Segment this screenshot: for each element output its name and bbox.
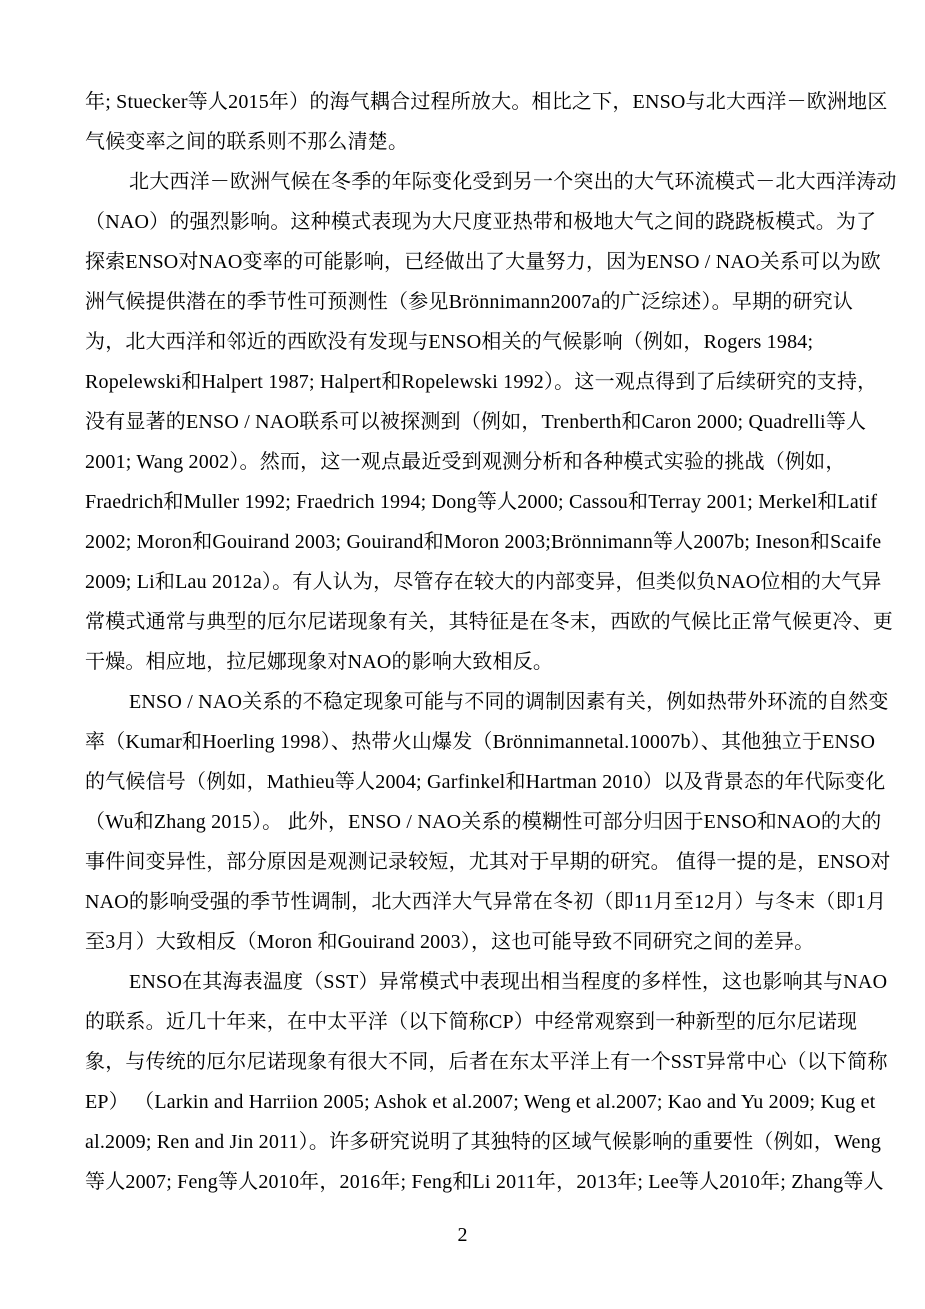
text-line: Ropelewski和Halpert 1987; Halpert和Ropelew…	[85, 362, 885, 402]
text-line: 等人2007; Feng等人2010年，2016年; Feng和Li 2011年…	[85, 1162, 885, 1202]
body-text: 年; Stuecker等人2015年）的海气耦合过程所放大。相比之下，ENSO与…	[85, 82, 885, 1202]
text-line: 年; Stuecker等人2015年）的海气耦合过程所放大。相比之下，ENSO与…	[85, 82, 885, 122]
text-line: NAO的影响受强的季节性调制，北大西洋大气异常在冬初（即11月至12月）与冬末（…	[85, 882, 885, 922]
text-line: 象，与传统的厄尔尼诺现象有很大不同，后者在东太平洋上有一个SST异常中心（以下简…	[85, 1042, 885, 1082]
text-line: 至3月）大致相反（Moron 和Gouirand 2003），这也可能导致不同研…	[85, 922, 885, 962]
text-line: 气候变率之间的联系则不那么清楚。	[85, 122, 885, 162]
text-line: 的气候信号（例如，Mathieu等人2004; Garfinkel和Hartma…	[85, 762, 885, 802]
text-line: 2001; Wang 2002）。然而，这一观点最近受到观测分析和各种模式实验的…	[85, 442, 885, 482]
document-page: 年; Stuecker等人2015年）的海气耦合过程所放大。相比之下，ENSO与…	[0, 0, 925, 1309]
text-line: 2009; Li和Lau 2012a）。有人认为，尽管存在较大的内部变异，但类似…	[85, 562, 885, 602]
text-line: （Wu和Zhang 2015）。 此外，ENSO / NAO关系的模糊性可部分归…	[85, 802, 885, 842]
text-line: （NAO）的强烈影响。这种模式表现为大尺度亚热带和极地大气之间的跷跷板模式。为了	[85, 202, 885, 242]
text-line: 洲气候提供潜在的季节性可预测性（参见Brönnimann2007a的广泛综述）。…	[85, 282, 885, 322]
text-line: 事件间变异性，部分原因是观测记录较短，尤其对于早期的研究。 值得一提的是，ENS…	[85, 842, 885, 882]
text-line: 干燥。相应地，拉尼娜现象对NAO的影响大致相反。	[85, 642, 885, 682]
text-line: 为，北大西洋和邻近的西欧没有发现与ENSO相关的气候影响（例如，Rogers 1…	[85, 322, 885, 362]
text-line: EP） （Larkin and Harriion 2005; Ashok et …	[85, 1082, 885, 1122]
paragraph-first-line: ENSO在其海表温度（SST）异常模式中表现出相当程度的多样性，这也影响其与NA…	[85, 962, 885, 1002]
text-line: 率（Kumar和Hoerling 1998）、热带火山爆发（Brönnimann…	[85, 722, 885, 762]
text-line: 的联系。近几十年来，在中太平洋（以下简称CP）中经常观察到一种新型的厄尔尼诺现	[85, 1002, 885, 1042]
text-line: 常模式通常与典型的厄尔尼诺现象有关，其特征是在冬末，西欧的气候比正常气候更冷、更	[85, 602, 885, 642]
text-line: Fraedrich和Muller 1992; Fraedrich 1994; D…	[85, 482, 885, 522]
paragraph-first-line: 北大西洋－欧洲气候在冬季的年际变化受到另一个突出的大气环流模式－北大西洋涛动	[85, 162, 885, 202]
text-line: 没有显著的ENSO / NAO联系可以被探测到（例如，Trenberth和Car…	[85, 402, 885, 442]
text-line: 探索ENSO对NAO变率的可能影响，已经做出了大量努力，因为ENSO / NAO…	[85, 242, 885, 282]
text-line: 2002; Moron和Gouirand 2003; Gouirand和Moro…	[85, 522, 885, 562]
text-line: al.2009; Ren and Jin 2011）。许多研究说明了其独特的区域…	[85, 1122, 885, 1162]
page-number: 2	[0, 1215, 925, 1255]
paragraph-first-line: ENSO / NAO关系的不稳定现象可能与不同的调制因素有关，例如热带外环流的自…	[85, 682, 885, 722]
